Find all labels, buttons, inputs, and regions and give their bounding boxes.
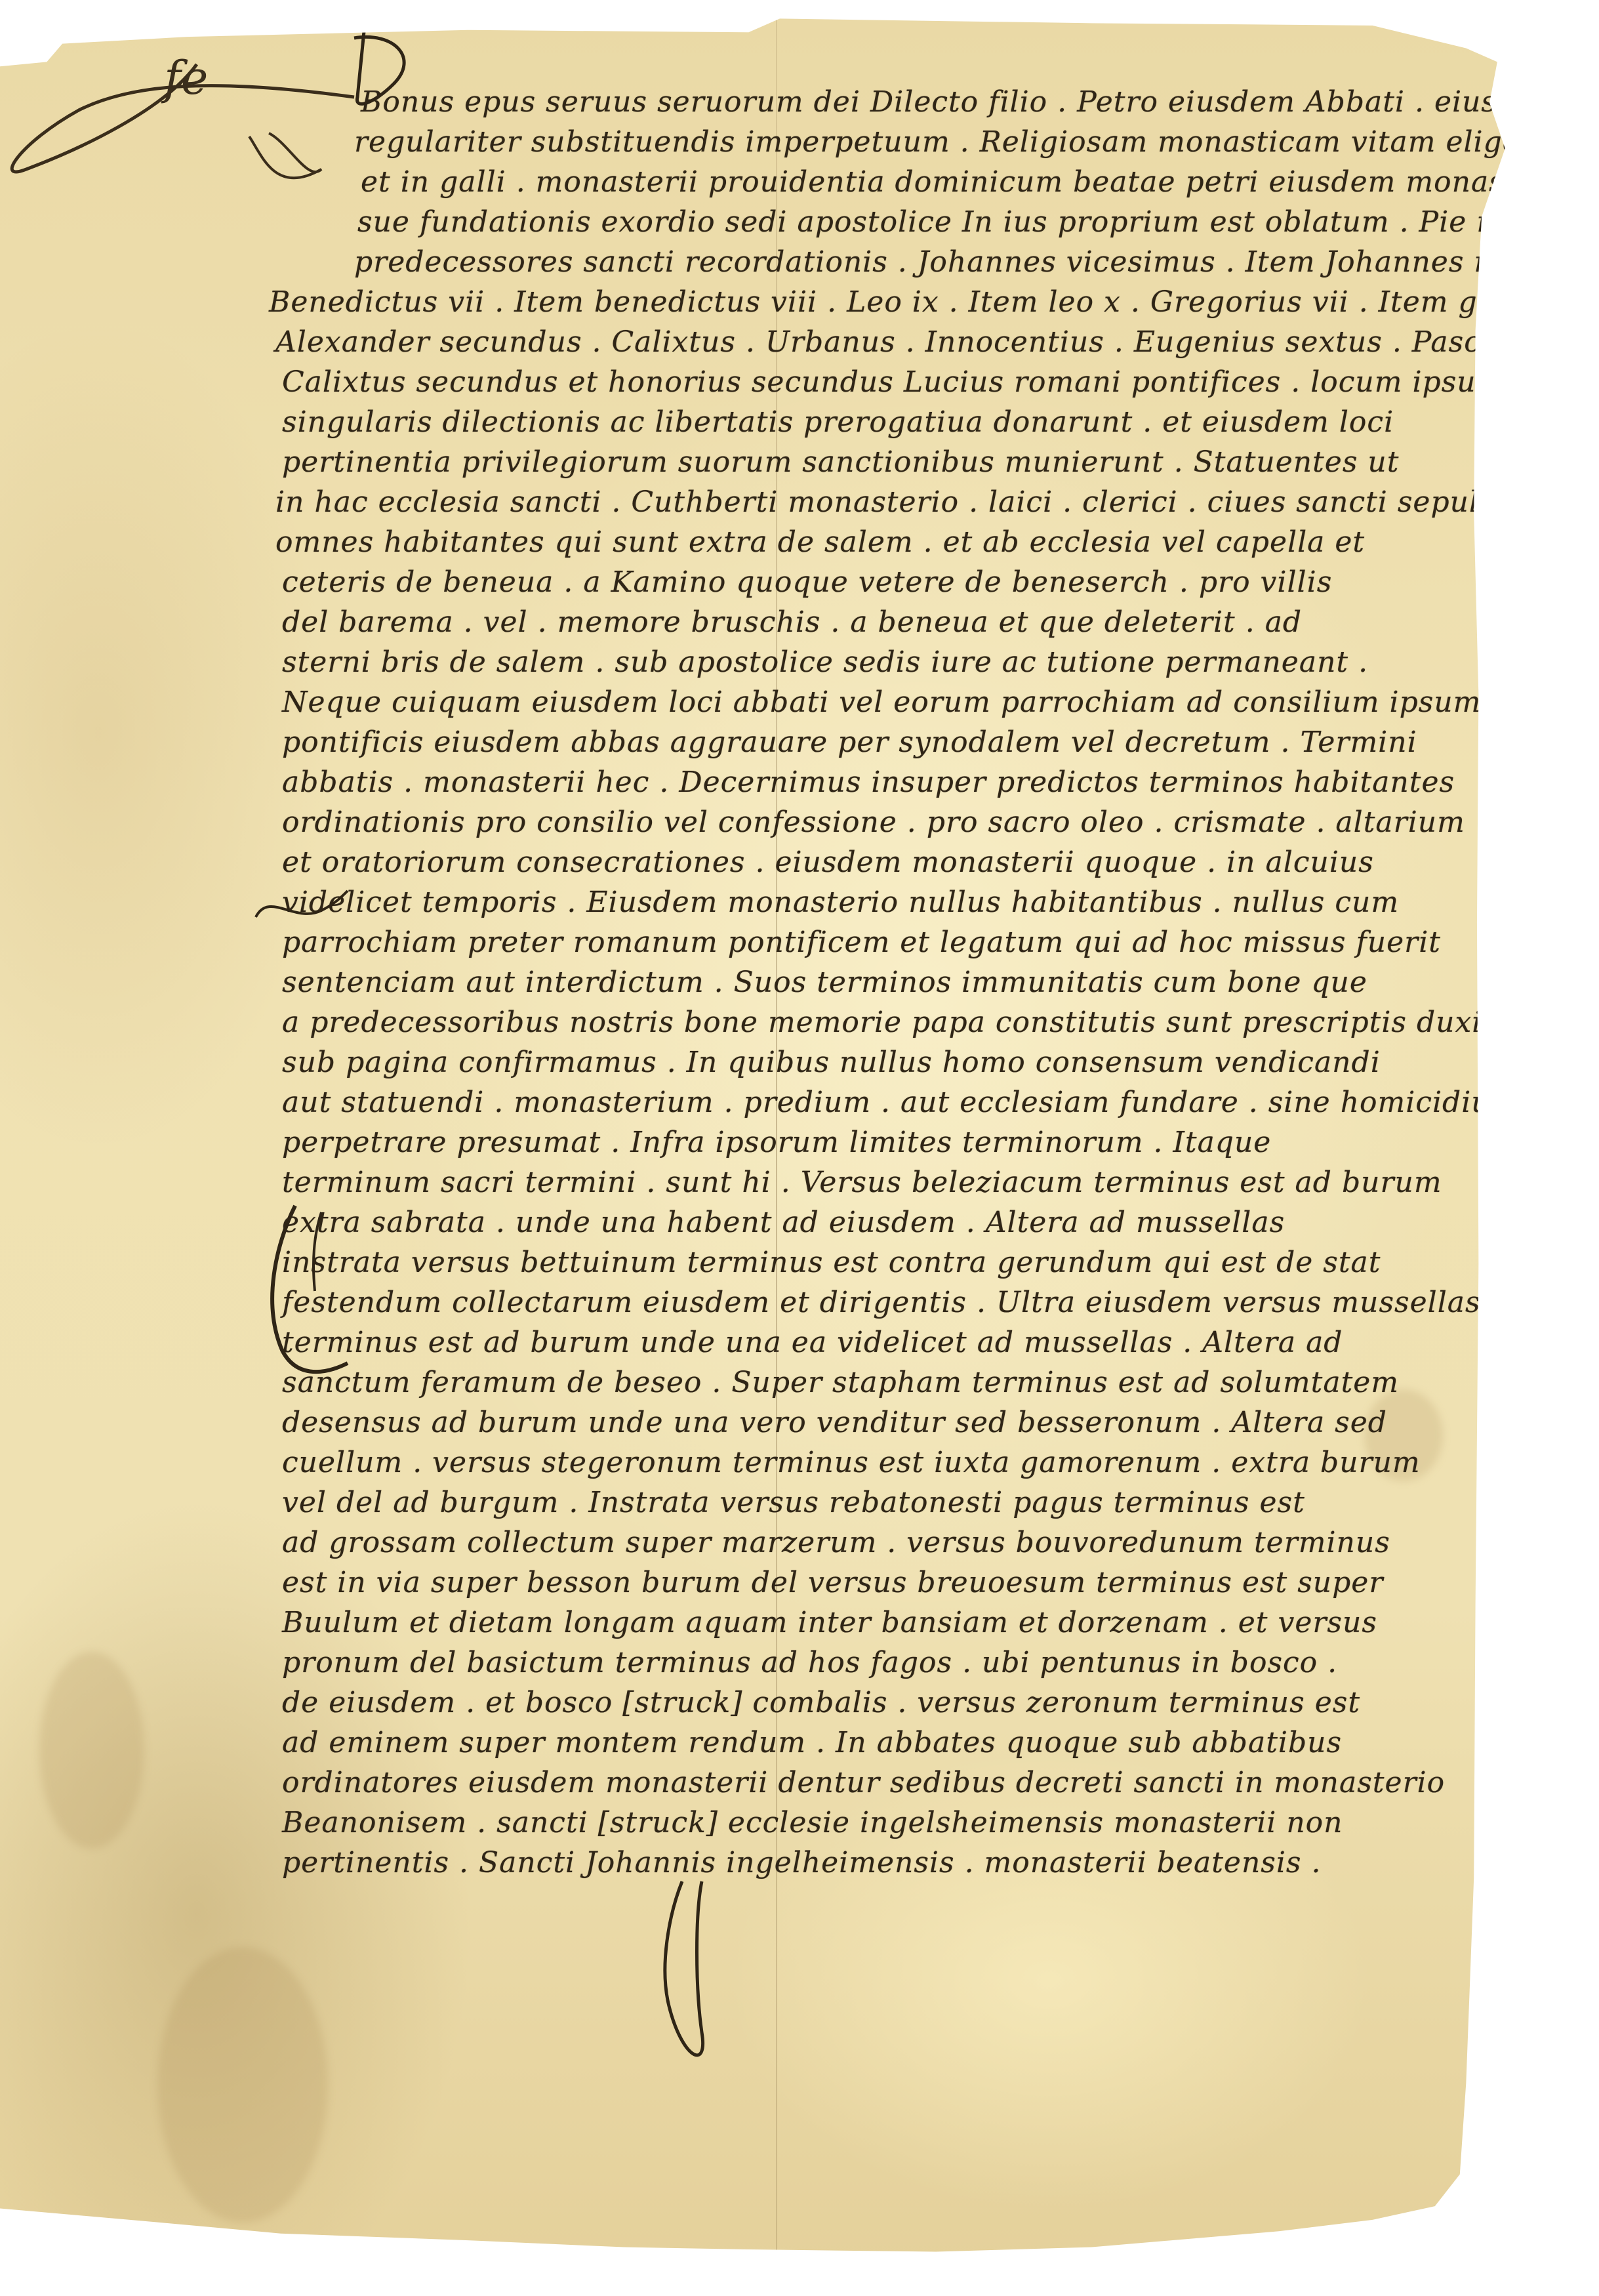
text-line-3: et in galli . monasterii prouidentia dom… bbox=[361, 164, 1599, 201]
text-line-17: pontificis eiusdem abbas aggrauare per s… bbox=[282, 724, 1417, 761]
text-line-40: pronum del basictum terminus ad hos fago… bbox=[282, 1645, 1337, 1681]
text-line-7: Alexander secundus . Calixtus . Urbanus … bbox=[275, 324, 1599, 361]
text-line-20: et oratoriorum consecrationes . eiusdem … bbox=[282, 844, 1374, 881]
text-line-18: abbatis . monasterii hec . Decernimus in… bbox=[282, 764, 1455, 801]
text-line-22: parrochiam preter romanum pontificem et … bbox=[282, 924, 1441, 961]
text-line-35: cuellum . versus stegeronum terminus est… bbox=[282, 1445, 1421, 1481]
text-line-1: Bonus epus seruus seruorum dei Dilecto f… bbox=[361, 84, 1599, 121]
text-line-8: Calixtus secundus et honorius secundus L… bbox=[282, 364, 1504, 401]
text-line-16: Neque cuiquam eiusdem loci abbati vel eo… bbox=[282, 684, 1599, 721]
text-line-13: ceteris de beneua . a Kamino quoque vete… bbox=[282, 564, 1332, 601]
text-line-27: perpetrare presumat . Infra ipsorum limi… bbox=[282, 1124, 1271, 1161]
text-line-34: desensus ad burum unde una vero venditur… bbox=[282, 1404, 1387, 1441]
text-line-33: sanctum feramum de beseo . Super stapham… bbox=[282, 1364, 1399, 1401]
text-line-30: instrata versus bettuinum terminus est c… bbox=[282, 1244, 1381, 1281]
text-line-12: omnes habitantes qui sunt extra de salem… bbox=[275, 524, 1365, 561]
text-line-19: ordinationis pro consilio vel confession… bbox=[282, 804, 1465, 841]
text-line-26: aut statuendi . monasterium . predium . … bbox=[282, 1084, 1518, 1121]
text-line-31: festendum collectarum eiusdem et dirigen… bbox=[282, 1284, 1481, 1321]
text-line-29: extra sabrata . unde una habent ad eiusd… bbox=[282, 1204, 1285, 1241]
water-stain bbox=[157, 1947, 328, 2223]
text-line-21: videlicet temporis . Eiusdem monasterio … bbox=[282, 884, 1399, 921]
text-line-32: terminus est ad burum unde una ea videli… bbox=[282, 1324, 1343, 1361]
manuscript-page: fe Bonus epus seruus seruorum dei Dilect… bbox=[0, 12, 1560, 2288]
text-line-42: ad eminem super montem rendum . In abbat… bbox=[282, 1725, 1342, 1761]
text-line-5: predecessores sancti recordationis . Joh… bbox=[354, 244, 1599, 281]
text-line-4: sue fundationis exordio sedi apostolice … bbox=[357, 204, 1599, 241]
text-line-38: est in via super besson burum del versus… bbox=[282, 1565, 1383, 1601]
text-line-9: singularis dilectionis ac libertatis pre… bbox=[282, 404, 1394, 441]
text-line-36: vel del ad burgum . Instrata versus reba… bbox=[282, 1485, 1305, 1521]
text-line-41: de eiusdem . et bosco [struck] combalis … bbox=[282, 1685, 1360, 1721]
marginal-mark: fe bbox=[164, 51, 208, 105]
text-line-28: terminum sacri termini . sunt hi . Versu… bbox=[282, 1164, 1442, 1201]
text-line-23: sentenciam aut interdictum . Suos termin… bbox=[282, 964, 1367, 1001]
text-line-2: regulariter substituendis imperpetuum . … bbox=[354, 124, 1599, 161]
water-stain bbox=[39, 1652, 144, 1849]
text-line-37: ad grossam collectum super marzerum . ve… bbox=[282, 1525, 1390, 1561]
text-line-15: sterni bris de salem . sub apostolice se… bbox=[282, 644, 1368, 681]
text-line-10: pertinentia privilegiorum suorum sanctio… bbox=[282, 444, 1399, 481]
descender-flourish-bottom bbox=[656, 1875, 735, 2085]
text-line-14: del barema . vel . memore bruschis . a b… bbox=[282, 604, 1302, 641]
text-line-11: in hac ecclesia sancti . Cuthberti monas… bbox=[275, 484, 1501, 521]
text-line-43: ordinatores eiusdem monasterii dentur se… bbox=[282, 1765, 1445, 1801]
text-line-25: sub pagina confirmamus . In quibus nullu… bbox=[282, 1044, 1381, 1081]
text-line-6: Benedictus vii . Item benedictus viii . … bbox=[269, 284, 1599, 321]
text-line-24: a predecessoribus nostris bone memorie p… bbox=[282, 1004, 1545, 1041]
text-line-39: Buulum et dietam longam aquam inter bans… bbox=[282, 1605, 1377, 1641]
text-line-45: pertinentis . Sancti Johannis ingelheime… bbox=[282, 1845, 1322, 1881]
text-line-44: Beanonisem . sancti [struck] ecclesie in… bbox=[282, 1805, 1343, 1841]
